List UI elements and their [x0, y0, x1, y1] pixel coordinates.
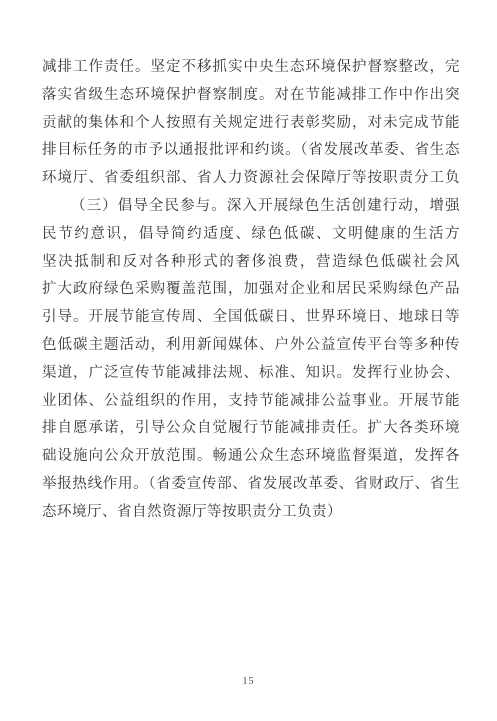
text-line: 贡献的集体和个人按照有关规定进行表彰奖励，对未完成节能减: [42, 110, 460, 138]
text-line: 扩大政府绿色采购覆盖范围，加强对企业和居民采购绿色产品的: [42, 276, 460, 304]
document-page: 减排工作责任。坚定不移抓实中央生态环境保护督察整改，完善落实省级生态环境保护督察…: [0, 0, 497, 721]
page-number: 15: [0, 676, 497, 687]
text-line: 环境厅、省委组织部、省人力资源社会保障厅等按职责分工负责）: [42, 165, 460, 193]
text-line: 态环境厅、省自然资源厅等按职责分工负责）: [42, 499, 460, 527]
text-line: 引导。开展节能宣传周、全国低碳日、世界环境日、地球日等绿: [42, 304, 460, 332]
text-line: 渠道，广泛宣传节能减排法规、标准、知识。发挥行业协会、商: [42, 360, 460, 388]
text-line: 民节约意识，倡导简约适度、绿色低碳、文明健康的生活方式，: [42, 221, 460, 249]
text-line: 业团体、公益组织的作用，支持节能减排公益事业。开展节能减: [42, 388, 460, 416]
text-line: 坚决抵制和反对各种形式的奢侈浪费，营造绿色低碳社会风尚。: [42, 249, 460, 277]
text-line: 减排工作责任。坚定不移抓实中央生态环境保护督察整改，完善: [42, 54, 460, 82]
document-body: 减排工作责任。坚定不移抓实中央生态环境保护督察整改，完善落实省级生态环境保护督察…: [42, 54, 460, 527]
text-line: 举报热线作用。（省委宣传部、省发展改革委、省财政厅、省生: [42, 471, 460, 499]
text-line: 落实省级生态环境保护督察制度。对在节能减排工作中作出突出: [42, 82, 460, 110]
text-line: 排目标任务的市予以通报批评和约谈。（省发展改革委、省生态: [42, 137, 460, 165]
text-line: 色低碳主题活动，利用新闻媒体、户外公益宣传平台等多种传播: [42, 332, 460, 360]
paragraph: （三）倡导全民参与。深入开展绿色生活创建行动，增强全民节约意识，倡导简约适度、绿…: [42, 193, 460, 527]
text-line: 排自愿承诺，引导公众自觉履行节能减排责任。扩大各类环境基: [42, 415, 460, 443]
paragraph: 减排工作责任。坚定不移抓实中央生态环境保护督察整改，完善落实省级生态环境保护督察…: [42, 54, 460, 193]
text-line: （三）倡导全民参与。深入开展绿色生活创建行动，增强全: [42, 193, 460, 221]
text-line: 础设施向公众开放范围。畅通公众生态环境监督渠道，发挥各类: [42, 443, 460, 471]
